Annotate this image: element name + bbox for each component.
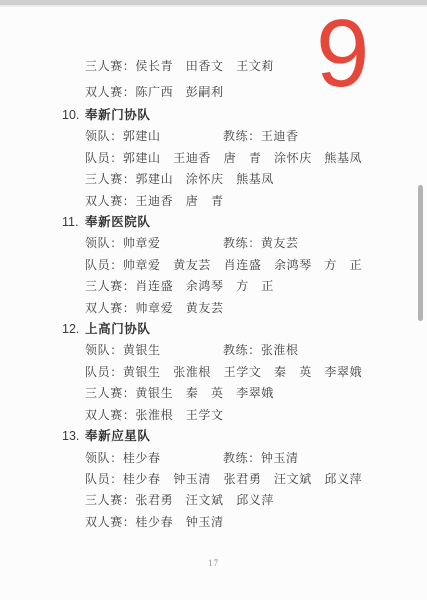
team-section: 12.上高门协队 领队：黄银生教练：张淮根 队员：黄银生 张淮根 王学文 秦 英… bbox=[62, 319, 417, 426]
trio-names: 肖连盛 余鸿琴 方 正 bbox=[135, 279, 274, 293]
team-heading: 12.上高门协队 bbox=[62, 319, 417, 340]
trio-label: 三人赛： bbox=[85, 493, 135, 507]
trio-names: 张君勇 汪文斌 邱义萍 bbox=[135, 493, 274, 507]
duo-label: 双人赛： bbox=[85, 301, 135, 315]
leader-coach-line: 领队：黄银生教练：张淮根 bbox=[62, 340, 417, 361]
duo-line: 双人赛：桂少春 钟玉清 bbox=[62, 512, 417, 533]
carryover-block: 三人赛：侯长青 田香文 王文莉 双人赛：陈广西 彭嗣利 bbox=[62, 53, 417, 105]
duo-label: 双人赛： bbox=[85, 408, 135, 422]
trio-label: 三人赛： bbox=[85, 279, 135, 293]
event-names: 陈广西 彭嗣利 bbox=[135, 85, 223, 99]
members-label: 队员： bbox=[85, 365, 123, 379]
team-heading: 13.奉新应星队 bbox=[62, 426, 417, 447]
team-number: 12. bbox=[62, 319, 85, 340]
page-number: 17 bbox=[0, 558, 427, 568]
members-names: 郭建山 王迪香 唐 青 涂怀庆 熊基凤 bbox=[123, 151, 362, 165]
leader-coach-line: 领队：帅章爱教练：黄友芸 bbox=[62, 233, 417, 254]
duo-names: 张淮根 王学文 bbox=[135, 408, 223, 422]
scrollbar-thumb[interactable] bbox=[418, 185, 423, 321]
event-names: 侯长青 田香文 王文莉 bbox=[135, 59, 274, 73]
members-line: 队员：帅章爱 黄友芸 肖连盛 余鸿琴 方 正 bbox=[62, 255, 417, 276]
page-content: 三人赛：侯长青 田香文 王文莉 双人赛：陈广西 彭嗣利 10.奉新门协队 领队：… bbox=[62, 53, 417, 533]
members-names: 帅章爱 黄友芸 肖连盛 余鸿琴 方 正 bbox=[123, 258, 362, 272]
team-heading: 11.奉新医院队 bbox=[62, 212, 417, 233]
members-label: 队员： bbox=[85, 472, 123, 486]
leader-coach-line: 领队：桂少春教练：钟玉清 bbox=[62, 448, 417, 469]
leader-label: 领队： bbox=[85, 129, 123, 143]
team-section: 13.奉新应星队 领队：桂少春教练：钟玉清 队员：桂少春 钟玉清 张君勇 汪文斌… bbox=[62, 426, 417, 533]
coach-name: 张淮根 bbox=[261, 343, 299, 357]
coach-name: 黄友芸 bbox=[261, 236, 299, 250]
members-names: 黄银生 张淮根 王学文 秦 英 李翠娥 bbox=[123, 365, 362, 379]
team-name: 奉新门协队 bbox=[85, 108, 151, 122]
duo-names: 帅章爱 黄友芸 bbox=[135, 301, 223, 315]
trio-names: 黄银生 秦 英 李翠娥 bbox=[135, 386, 274, 400]
team-name: 奉新应星队 bbox=[85, 429, 151, 443]
document-viewer: { "page": { "section_number": "9", "page… bbox=[0, 0, 427, 600]
coach-label: 教练： bbox=[223, 129, 261, 143]
leader-name: 帅章爱 bbox=[123, 236, 161, 250]
coach-label: 教练： bbox=[223, 236, 261, 250]
trio-line: 三人赛：郭建山 涂怀庆 熊基凤 bbox=[62, 169, 417, 190]
trio-line: 三人赛：黄银生 秦 英 李翠娥 bbox=[62, 383, 417, 404]
team-number: 11. bbox=[62, 212, 85, 233]
event-label: 三人赛： bbox=[85, 59, 135, 73]
leader-label: 领队： bbox=[85, 236, 123, 250]
duo-line: 双人赛：张淮根 王学文 bbox=[62, 405, 417, 426]
coach-label: 教练： bbox=[223, 343, 261, 357]
leader-label: 领队： bbox=[85, 451, 123, 465]
team-section: 11.奉新医院队 领队：帅章爱教练：黄友芸 队员：帅章爱 黄友芸 肖连盛 余鸿琴… bbox=[62, 212, 417, 319]
team-name: 上高门协队 bbox=[85, 322, 151, 336]
event-label: 双人赛： bbox=[85, 85, 135, 99]
duo-line: 双人赛：王迪香 唐 青 bbox=[62, 191, 417, 212]
members-label: 队员： bbox=[85, 258, 123, 272]
team-number: 10. bbox=[62, 105, 85, 126]
members-line: 队员：郭建山 王迪香 唐 青 涂怀庆 熊基凤 bbox=[62, 148, 417, 169]
members-names: 桂少春 钟玉清 张君勇 汪文斌 邱义萍 bbox=[123, 472, 362, 486]
coach-name: 钟玉清 bbox=[261, 451, 299, 465]
duo-label: 双人赛： bbox=[85, 194, 135, 208]
trio-line: 三人赛：肖连盛 余鸿琴 方 正 bbox=[62, 276, 417, 297]
leader-coach-line: 领队：郭建山教练：王迪香 bbox=[62, 126, 417, 147]
duo-names: 桂少春 钟玉清 bbox=[135, 515, 223, 529]
trio-label: 三人赛： bbox=[85, 386, 135, 400]
leader-name: 郭建山 bbox=[123, 129, 161, 143]
team-heading: 10.奉新门协队 bbox=[62, 105, 417, 126]
team-number: 13. bbox=[62, 426, 85, 447]
event-line: 三人赛：侯长青 田香文 王文莉 bbox=[62, 53, 417, 79]
team-section: 10.奉新门协队 领队：郭建山教练：王迪香 队员：郭建山 王迪香 唐 青 涂怀庆… bbox=[62, 105, 417, 212]
duo-line: 双人赛：帅章爱 黄友芸 bbox=[62, 298, 417, 319]
members-line: 队员：黄银生 张淮根 王学文 秦 英 李翠娥 bbox=[62, 362, 417, 383]
leader-name: 黄银生 bbox=[123, 343, 161, 357]
trio-names: 郭建山 涂怀庆 熊基凤 bbox=[135, 172, 274, 186]
trio-label: 三人赛： bbox=[85, 172, 135, 186]
members-line: 队员：桂少春 钟玉清 张君勇 汪文斌 邱义萍 bbox=[62, 469, 417, 490]
members-label: 队员： bbox=[85, 151, 123, 165]
coach-name: 王迪香 bbox=[261, 129, 299, 143]
duo-names: 王迪香 唐 青 bbox=[135, 194, 223, 208]
event-line: 双人赛：陈广西 彭嗣利 bbox=[62, 79, 417, 105]
duo-label: 双人赛： bbox=[85, 515, 135, 529]
team-name: 奉新医院队 bbox=[85, 215, 151, 229]
leader-label: 领队： bbox=[85, 343, 123, 357]
coach-label: 教练： bbox=[223, 451, 261, 465]
trio-line: 三人赛：张君勇 汪文斌 邱义萍 bbox=[62, 490, 417, 511]
leader-name: 桂少春 bbox=[123, 451, 161, 465]
